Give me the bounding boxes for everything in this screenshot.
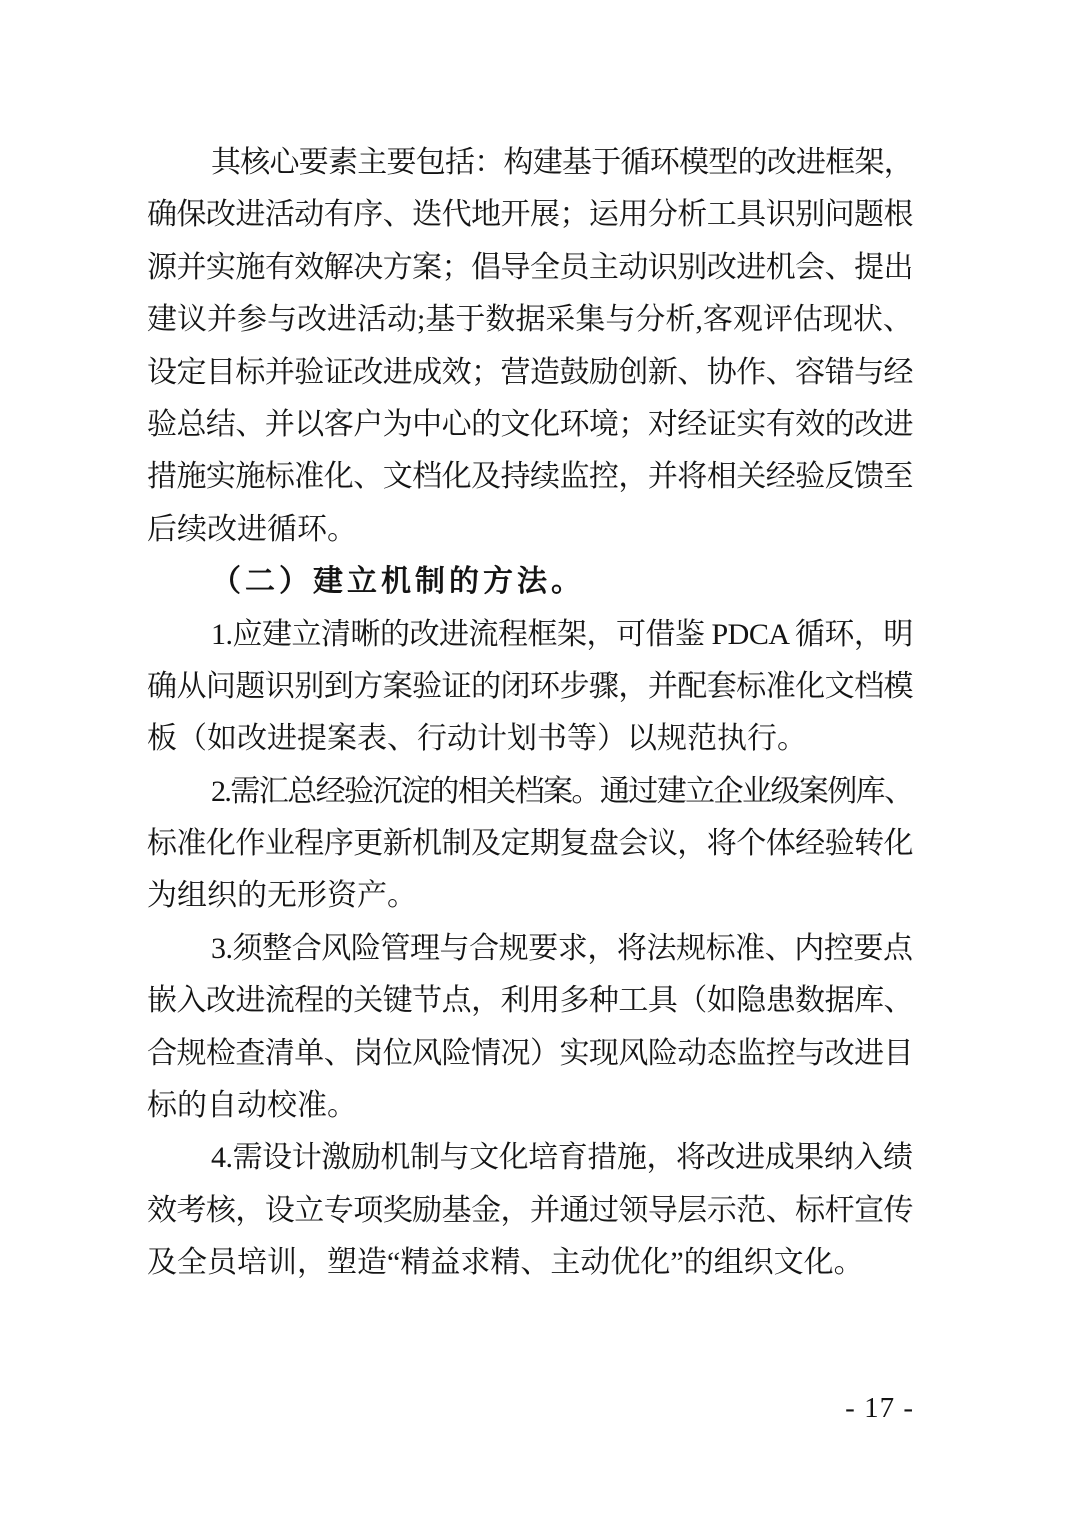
text-line: 效考核，设立专项奖励基金，并通过领导层示范、标杆宣传 <box>147 1185 913 1237</box>
text-line-text: 2.需汇总经验沉淀的相关档案。通过建立企业级案例库、 <box>211 775 913 808</box>
text-line-text: 标准化作业程序更新机制及定期复盘会议，将个体经验转化 <box>147 827 913 860</box>
text-line: 后续改进循环。 <box>147 504 913 556</box>
text-line: 3.须整合风险管理与合规要求，将法规标准、内控要点 <box>147 923 913 975</box>
text-line-text: 合规检查清单、岗位风险情况）实现风险动态监控与改进目 <box>147 1037 913 1070</box>
text-line: 源并实施有效解决方案；倡导全员主动识别改进机会、提出 <box>147 242 913 294</box>
text-line: 建议并参与改进活动;基于数据采集与分析,客观评估现状、 <box>147 294 913 346</box>
text-line-text: 措施实施标准化、文档化及持续监控，并将相关经验反馈至 <box>147 460 913 493</box>
text-line: 1.应建立清晰的改进流程框架，可借鉴 PDCA 循环，明 <box>147 609 913 661</box>
text-line: 2.需汇总经验沉淀的相关档案。通过建立企业级案例库、 <box>147 766 913 818</box>
text-line-text: 建议并参与改进活动;基于数据采集与分析,客观评估现状、 <box>147 303 913 336</box>
text-line-text: 及全员培训，塑造“精益求精、主动优化”的组织文化。 <box>147 1246 864 1279</box>
document-page: 其核心要素主要包括：构建基于循环模型的改进框架，确保改进活动有序、迭代地开展；运… <box>0 0 1074 1520</box>
text-line-text: 确保改进活动有序、迭代地开展；运用分析工具识别问题根 <box>147 198 913 231</box>
section-heading: （二）建立机制的方法。 <box>147 556 913 608</box>
text-line: 确保改进活动有序、迭代地开展；运用分析工具识别问题根 <box>147 189 913 241</box>
text-line-text: 3.须整合风险管理与合规要求，将法规标准、内控要点 <box>211 932 913 965</box>
text-line: 嵌入改进流程的关键节点，利用多种工具（如隐患数据库、 <box>147 975 913 1027</box>
text-line-text: 1.应建立清晰的改进流程框架，可借鉴 PDCA 循环，明 <box>211 618 913 651</box>
text-line: 设定目标并验证改进成效；营造鼓励创新、协作、容错与经 <box>147 347 913 399</box>
text-line: 确从问题识别到方案验证的闭环步骤，并配套标准化文档模 <box>147 661 913 713</box>
text-line: 为组织的无形资产。 <box>147 870 913 922</box>
text-line-text: 标的自动校准。 <box>147 1089 357 1122</box>
text-line-text: 板（如改进提案表、行动计划书等）以规范执行。 <box>147 722 807 755</box>
text-line-text: 验总结、并以客户为中心的文化环境；对经证实有效的改进 <box>147 408 913 441</box>
text-line-text: 后续改进循环。 <box>147 513 357 546</box>
text-line: 措施实施标准化、文档化及持续监控，并将相关经验反馈至 <box>147 451 913 503</box>
text-line-text: 效考核，设立专项奖励基金，并通过领导层示范、标杆宣传 <box>147 1194 913 1227</box>
text-line-text: 嵌入改进流程的关键节点，利用多种工具（如隐患数据库、 <box>147 984 913 1017</box>
text-line: 其核心要素主要包括：构建基于循环模型的改进框架， <box>147 137 913 189</box>
text-line-text: 设定目标并验证改进成效；营造鼓励创新、协作、容错与经 <box>147 356 913 389</box>
text-line: 验总结、并以客户为中心的文化环境；对经证实有效的改进 <box>147 399 913 451</box>
text-line-text: 其核心要素主要包括：构建基于循环模型的改进框架， <box>211 146 913 179</box>
text-line-text: 4.需设计激励机制与文化培育措施，将改进成果纳入绩 <box>211 1141 913 1174</box>
text-line-text: 为组织的无形资产。 <box>147 879 417 912</box>
text-line: 板（如改进提案表、行动计划书等）以规范执行。 <box>147 713 913 765</box>
text-line: 4.需设计激励机制与文化培育措施，将改进成果纳入绩 <box>147 1132 913 1184</box>
page-number: - 17 - <box>845 1390 914 1426</box>
text-line-text: 确从问题识别到方案验证的闭环步骤，并配套标准化文档模 <box>147 670 913 703</box>
text-line-text: 源并实施有效解决方案；倡导全员主动识别改进机会、提出 <box>147 251 913 284</box>
text-line: 合规检查清单、岗位风险情况）实现风险动态监控与改进目 <box>147 1028 913 1080</box>
document-body: 其核心要素主要包括：构建基于循环模型的改进框架，确保改进活动有序、迭代地开展；运… <box>147 137 913 1290</box>
text-line: 标准化作业程序更新机制及定期复盘会议，将个体经验转化 <box>147 818 913 870</box>
section-heading-text: （二）建立机制的方法。 <box>211 565 585 598</box>
text-line: 及全员培训，塑造“精益求精、主动优化”的组织文化。 <box>147 1237 913 1289</box>
text-line: 标的自动校准。 <box>147 1080 913 1132</box>
